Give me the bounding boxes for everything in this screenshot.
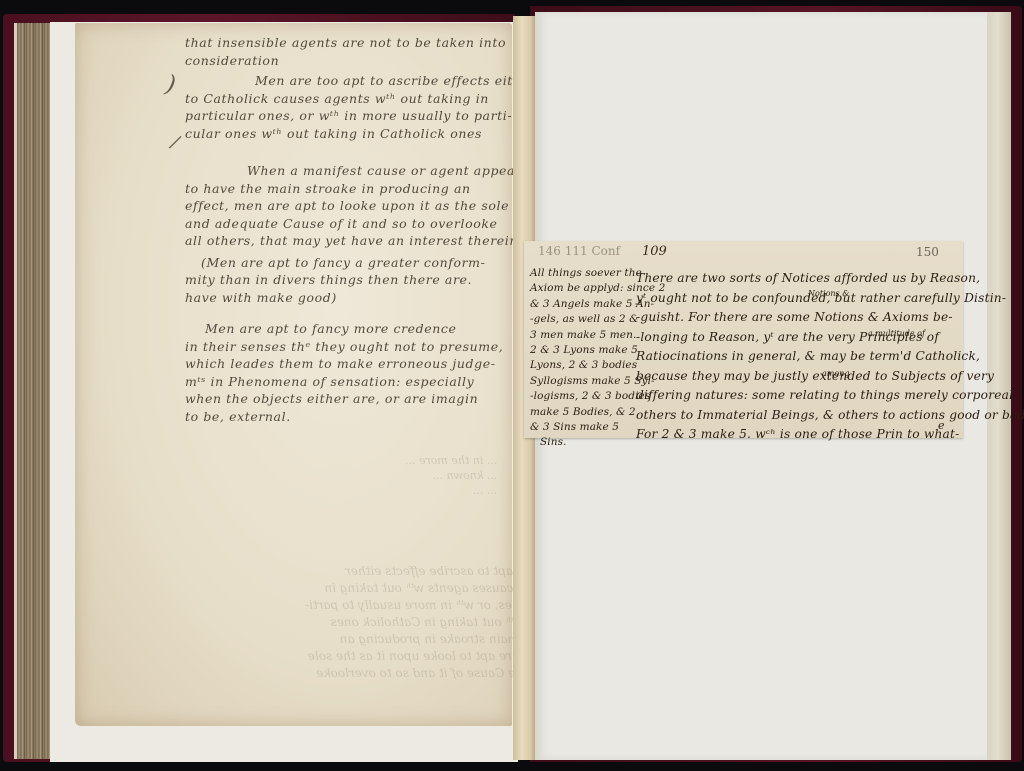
text-line: all others, that may yet have an interes…	[185, 232, 505, 250]
folio-number: 109	[642, 244, 667, 259]
text-line: Ratiocinations in general, & may be term…	[636, 347, 1024, 367]
text-line: others to Immaterial Beings, & others to…	[636, 406, 1024, 426]
text-line: to Catholick causes agents wᵗʰ out takin…	[185, 90, 505, 108]
text-line: which leades them to make erroneous judg…	[185, 355, 505, 373]
text-line: particular ones, or wᵗʰ in more usually …	[185, 107, 505, 125]
text-line: consideration	[185, 52, 505, 70]
text-block-edges	[14, 23, 55, 759]
text-line: effect, men are apt to looke upon it as …	[185, 197, 505, 215]
bleed-through-text: ... in the more ... ... known ... ... ..…	[405, 453, 497, 498]
text-line: mity than in divers things then there ar…	[185, 271, 505, 289]
left-page-text: that insensible agents are not to be tak…	[185, 34, 505, 425]
text-line: differing natures: some relating to thin…	[636, 386, 1024, 406]
text-line: cular ones wᵗʰ out taking in Catholick o…	[185, 125, 505, 143]
text-line: When a manifest cause or agent appears	[185, 162, 505, 180]
text-line: For 2 & 3 make 5. wᶜʰ is one of those Pr…	[636, 425, 1024, 445]
text-line: have with make good)	[185, 289, 505, 307]
manuscript-slip: 146 111 Conf 109 150 All things soever t…	[524, 241, 963, 438]
text-line: (Men are apt to fancy a greater conform-	[185, 254, 505, 272]
text-line: and adequate Cause of it and so to overl…	[185, 215, 505, 233]
text-line: to have the main stroake in producing an	[185, 180, 505, 198]
text-line: Men are apt to fancy more credence	[185, 320, 505, 338]
shelfmark-reference: 146 111 Conf	[538, 244, 620, 258]
text-line: -guisht. For there are some Notions & Ax…	[636, 308, 1024, 328]
interlinear-insertion: a multitude of	[868, 329, 925, 338]
text-line: Men are too apt to ascribe effects eithe…	[185, 72, 505, 90]
text-line: mᵗˢ in Phenomena of sensation: especiall…	[185, 373, 505, 391]
text-line: in their senses thᵉ they ought not to pr…	[185, 338, 505, 356]
text-line: when the objects either are, or are imag…	[185, 390, 505, 408]
text-line: that insensible agents are not to be tak…	[185, 34, 505, 52]
interlinear-insertion: among	[822, 369, 849, 378]
text-line: -longing to Reason, yᵗ are the very Prin…	[636, 328, 1024, 348]
interlinear-insertion: Notions &	[808, 289, 849, 298]
text-line: There are two sorts of Notices afforded …	[636, 269, 1024, 289]
text-line: to be, external.	[185, 408, 505, 426]
page-number: 150	[916, 245, 939, 259]
catchword: e	[938, 419, 945, 432]
